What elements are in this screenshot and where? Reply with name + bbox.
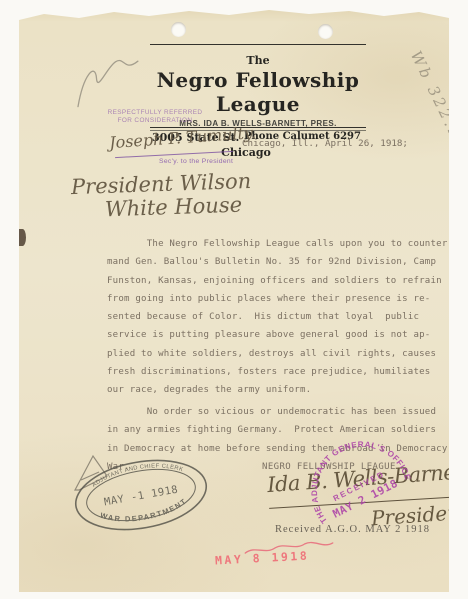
body-paragraph-1: The Negro Fellowship League calls upon y…	[107, 235, 452, 400]
paper-tear	[19, 229, 26, 246]
tumulty-title-stamp: Sec'y. to the President	[159, 158, 233, 165]
red-date-stamp: MAY 8 1918	[215, 549, 310, 568]
oval-stamp-date: MAY -1 1918	[103, 484, 179, 509]
recipient-line-2: White House	[105, 193, 243, 222]
punch-hole-right	[318, 24, 333, 39]
punch-hole-left	[171, 22, 186, 37]
referral-line-2: FOR CONSIDERATION	[97, 117, 213, 125]
letterhead-rule-top	[150, 44, 366, 45]
letterhead-the: The	[150, 54, 366, 67]
paper: Wb 322.97 The Negro Fellowship League MR…	[19, 6, 449, 592]
file-number-annotation: Wb 322.97	[407, 48, 468, 154]
dateline: Chicago, Ill., April 26, 1918;	[242, 138, 408, 149]
referral-line-1: RESPECTFULLY REFERRED	[97, 109, 213, 117]
referral-stamp: RESPECTFULLY REFERRED FOR CONSIDERATION	[97, 109, 213, 124]
pencil-scribble-icon	[62, 44, 152, 114]
scanned-letter-page: Wb 322.97 The Negro Fellowship League MR…	[0, 0, 468, 599]
